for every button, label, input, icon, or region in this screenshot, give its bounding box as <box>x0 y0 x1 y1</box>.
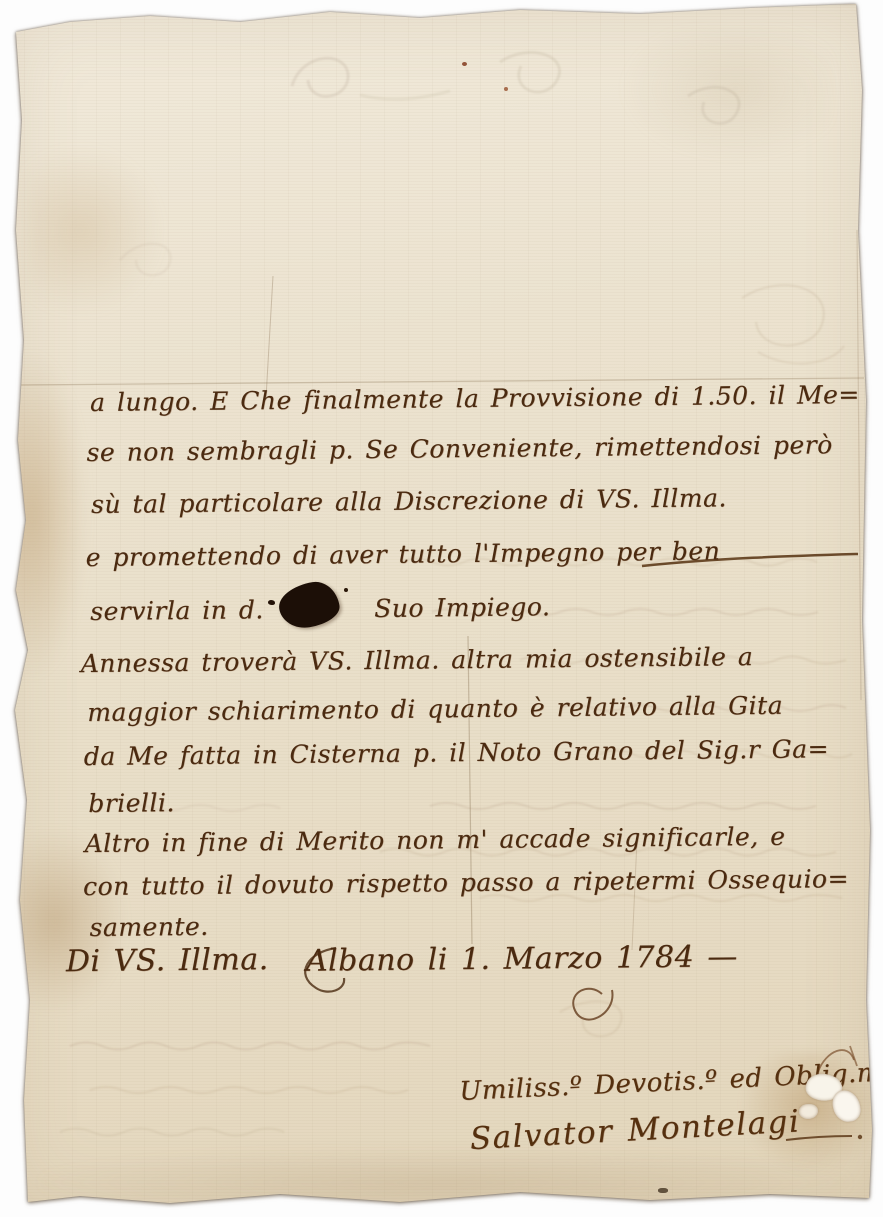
dark-speck-bottom <box>658 1188 668 1193</box>
red-speck <box>504 87 508 91</box>
letter-line: Annessa troverà VS. Illma. altra mia ost… <box>81 642 754 678</box>
letter-line: Altro in fine di Merito non m' accade si… <box>84 822 785 858</box>
letter-text-block: a lungo. E Che finalmente la Provvisione… <box>0 0 883 1217</box>
letter-line: brielli. <box>88 788 175 818</box>
letter-paper: a lungo. E Che finalmente la Provvisione… <box>0 0 883 1217</box>
letter-line: Suo Impiego. <box>374 592 550 623</box>
ink-speck <box>344 588 348 592</box>
letter-line: se non sembragli p. Se Conveniente, rime… <box>86 430 832 467</box>
letter-line: e promettendo di aver tutto l'Impegno pe… <box>85 536 720 572</box>
letter-line: sù tal particolare alla Discrezione di V… <box>91 483 727 519</box>
letter-line: da Me fatta in Cisterna p. il Noto Grano… <box>84 734 830 771</box>
dateline-salutation: Di VS. Illma. <box>66 942 269 979</box>
letter-paper-wrapper: a lungo. E Che finalmente la Provvisione… <box>0 0 883 1217</box>
dateline-place-date: Albano li 1. Marzo 1784 — <box>306 939 738 979</box>
letter-line: a lungo. E Che finalmente la Provvisione… <box>90 380 860 417</box>
ink-speck <box>268 600 275 605</box>
scanned-letter-page: { "letter": { "language": "Italian", "in… <box>0 0 883 1217</box>
letter-line: con tutto il dovuto rispetto passo a rip… <box>83 864 849 901</box>
red-speck <box>462 62 467 66</box>
signature-name: Salvator Montelagi <box>469 1103 801 1157</box>
letter-line: maggior schiarimento di quanto è relativ… <box>87 691 783 727</box>
letter-line: servirla in d. <box>90 595 264 626</box>
letter-line: samente. <box>89 912 208 942</box>
